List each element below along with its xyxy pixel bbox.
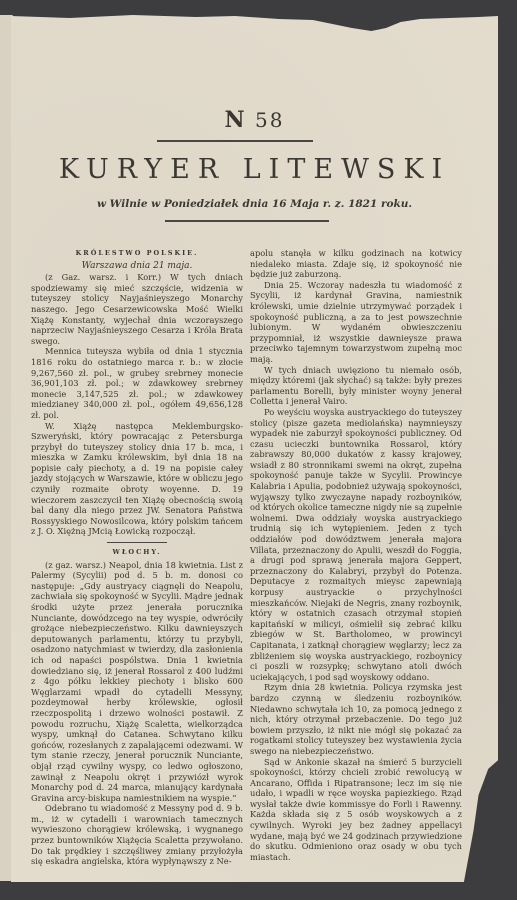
masthead-rule-top (157, 140, 313, 142)
section-divider (107, 542, 167, 543)
section-heading-italy: WŁOCHY. (31, 547, 243, 558)
issue-dateline: w Wilnie w Poniedziałek dnia 16 Maja r. … (11, 198, 498, 210)
issue-number: N 58 (11, 107, 498, 133)
article-paragraph: Dnia 25. Wczoray nadeszła tu wiadomość z… (250, 280, 462, 365)
masthead-rule-bottom (165, 220, 329, 222)
article-paragraph: W tych dniach uwięziono tu niemało osób,… (250, 365, 462, 407)
article-paragraph: Sąd w Ankonie skazał na śmierć 5 burzyci… (250, 757, 462, 863)
issue-number-prefix: N (225, 107, 247, 133)
article-paragraph: Rzym dnia 28 kwietnia. Policya rzymska j… (250, 682, 462, 756)
newspaper-title: KURYER LITEWSKI (11, 154, 498, 185)
article-paragraph: (z gaz. warsz.) Neapol, dnia 18 kwietnia… (31, 560, 243, 804)
left-column: KRÓLESTWO POLSKIE. Warszawa dnia 21 maja… (31, 248, 243, 867)
article-paragraph: (z Gaz. warsz. i Korr.) W tych dniach sp… (31, 272, 243, 346)
article-paragraph: apolu stanęła w kilku godzinach na kotwi… (250, 248, 462, 280)
article-paragraph: W. Xiążę następca Meklemburgsko-Szweryńs… (31, 421, 243, 538)
issue-number-value: 58 (255, 108, 284, 132)
right-column: apolu stanęła w kilku godzinach na kotwi… (250, 248, 462, 862)
section-heading-poland: KRÓLESTWO POLSKIE. (31, 248, 243, 259)
article-paragraph: Odebrano tu wiadomość z Messyny pod d. 9… (31, 803, 243, 867)
newspaper-page: N 58 KURYER LITEWSKI w Wilnie w Poniedzi… (11, 12, 498, 882)
article-paragraph: Mennica tuteysza wybiła od dnia 1 styczn… (31, 346, 243, 420)
dateline-warsaw: Warszawa dnia 21 maja. (31, 261, 243, 272)
article-paragraph: Po weyściu woyska austryackiego do tutey… (250, 407, 462, 682)
